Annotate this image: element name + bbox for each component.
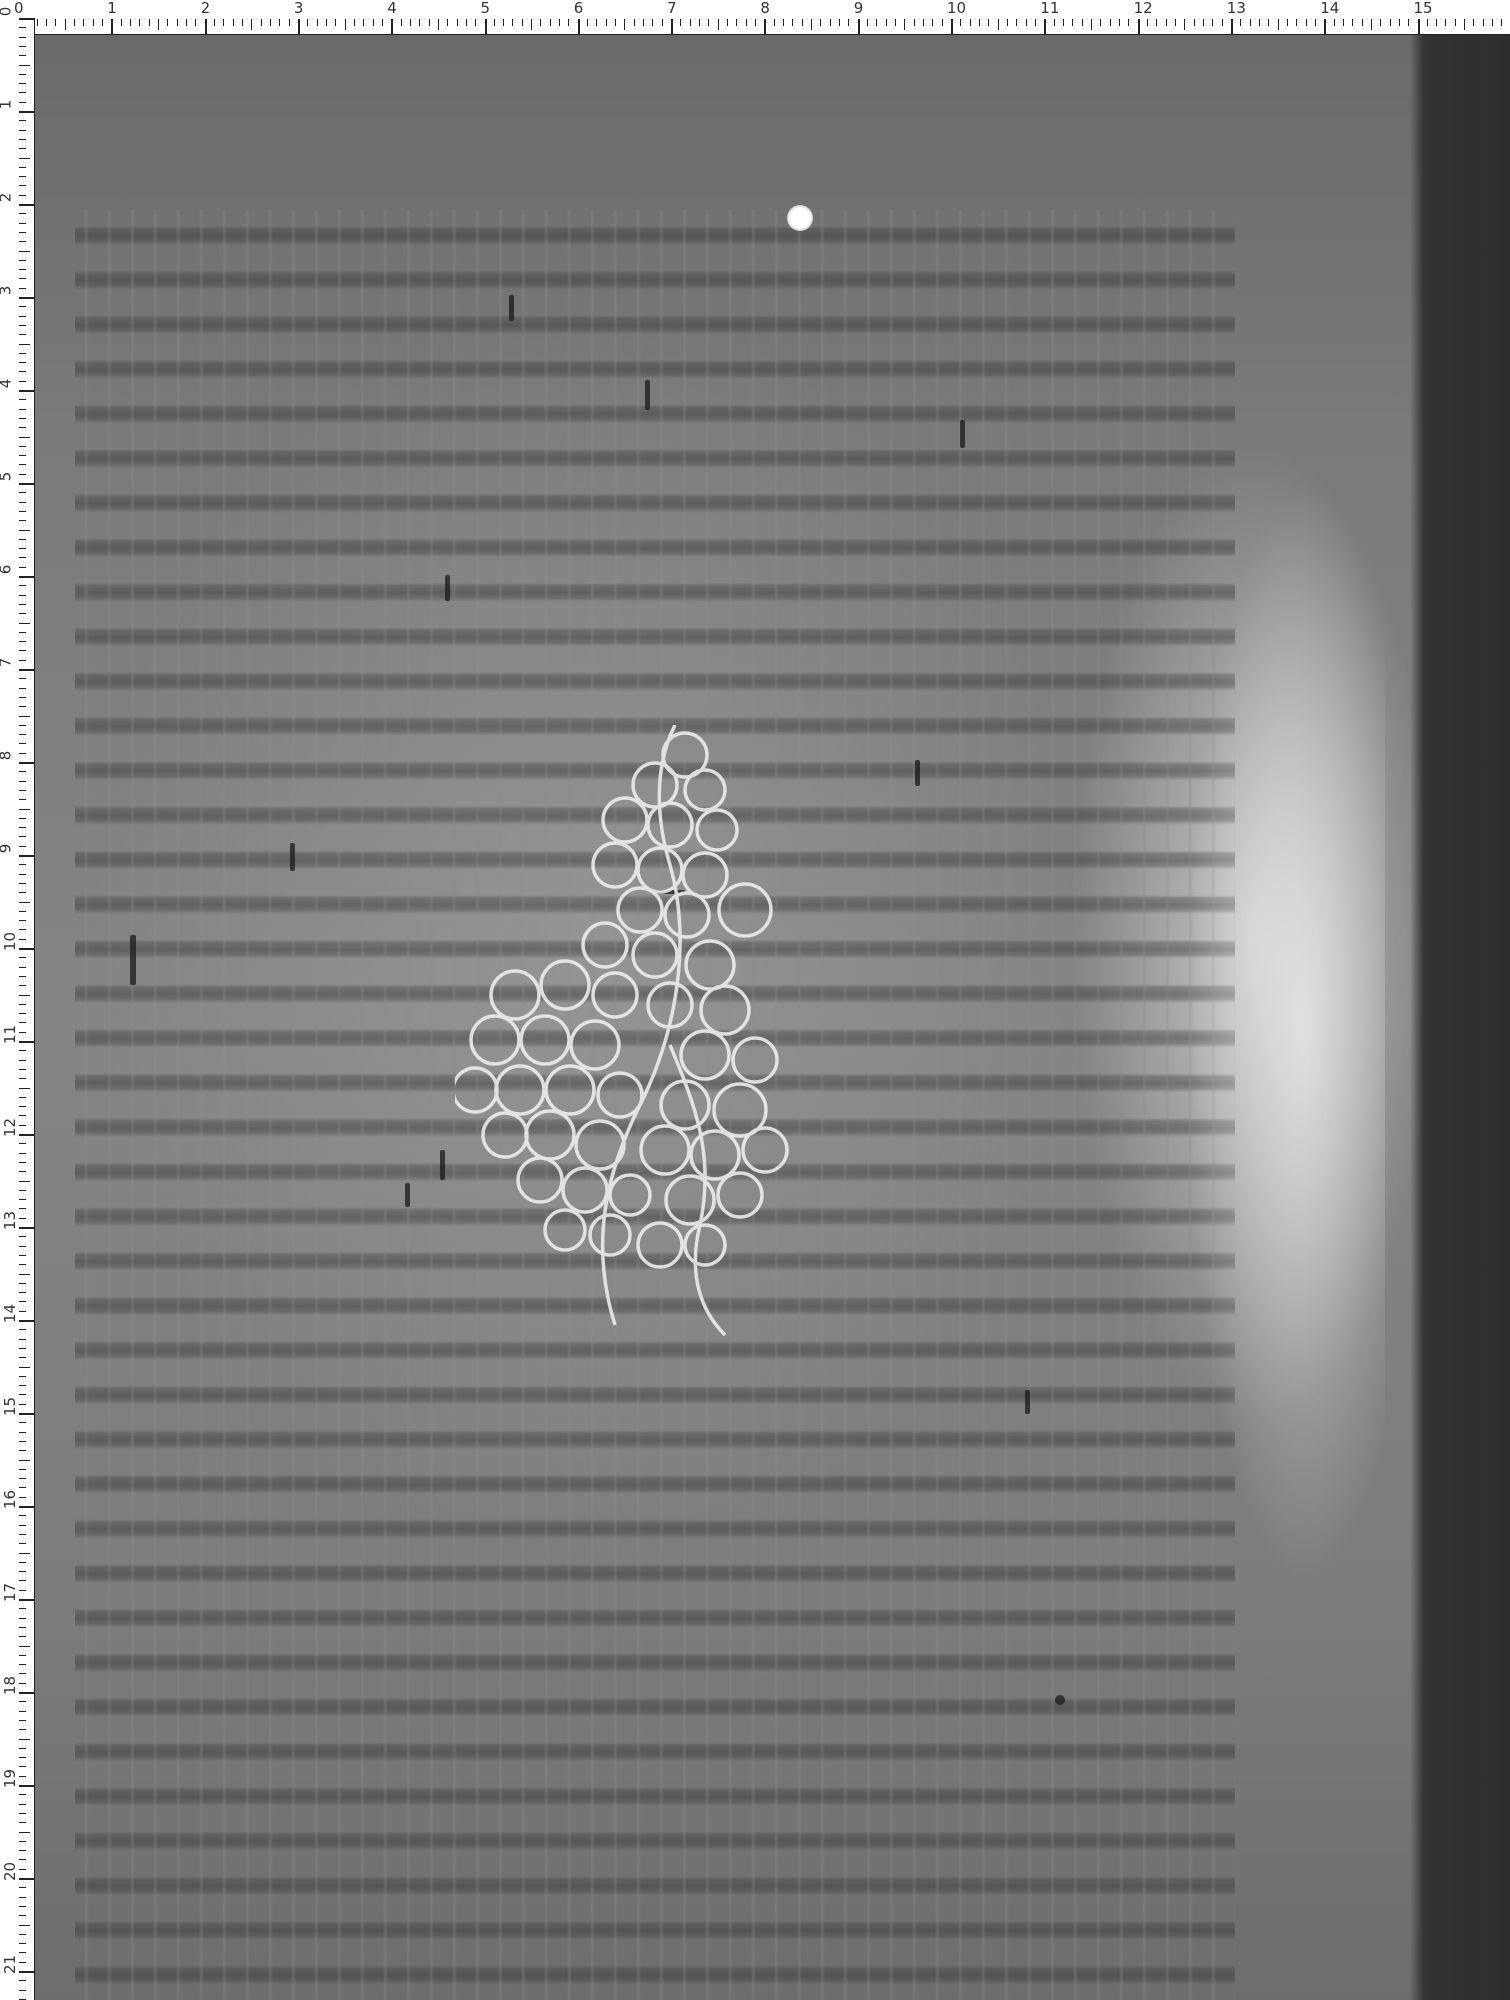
ruler-tick bbox=[755, 19, 756, 26]
ruler-tick bbox=[19, 1153, 26, 1154]
ruler-tick bbox=[401, 19, 402, 26]
ruler-tick bbox=[718, 19, 719, 30]
ruler-tick bbox=[578, 19, 580, 34]
ruler-tick bbox=[410, 19, 411, 26]
ruler-tick bbox=[923, 19, 924, 26]
ruler-tick bbox=[19, 1274, 30, 1275]
ruler-tick bbox=[876, 19, 877, 26]
ruler-tick bbox=[335, 19, 336, 26]
ruler-tick bbox=[19, 734, 26, 735]
ruler-tick bbox=[19, 1041, 34, 1043]
ink-stroke bbox=[1025, 1390, 1030, 1414]
ruler-tick bbox=[242, 19, 243, 26]
ruler-tick bbox=[764, 19, 766, 34]
ruler-tick bbox=[307, 19, 308, 26]
ruler-tick bbox=[19, 1032, 26, 1033]
ruler-label: 5 bbox=[481, 1, 491, 16]
ruler-tick bbox=[895, 19, 896, 26]
ruler-tick bbox=[19, 158, 30, 159]
ruler-tick bbox=[19, 613, 26, 614]
ruler-tick bbox=[531, 19, 532, 30]
ruler-tick bbox=[19, 464, 26, 465]
ruler-tick bbox=[1100, 19, 1101, 26]
ruler-tick bbox=[634, 19, 635, 26]
ruler-tick bbox=[19, 604, 26, 605]
ruler-tick bbox=[19, 781, 26, 782]
ruler-tick bbox=[19, 1339, 26, 1340]
ruler-tick bbox=[19, 864, 26, 865]
ruler-tick bbox=[858, 19, 860, 34]
ruler-label: 14 bbox=[1320, 1, 1339, 16]
ruler-tick bbox=[19, 213, 26, 214]
ruler-tick bbox=[214, 19, 215, 26]
ruler-tick bbox=[19, 1329, 26, 1330]
ruler-tick bbox=[19, 362, 26, 363]
ruler-tick bbox=[19, 929, 26, 930]
ruler-tick bbox=[1380, 19, 1381, 26]
ruler-tick bbox=[746, 19, 747, 26]
ruler-tick bbox=[19, 455, 26, 456]
manuscript-scan-image bbox=[35, 35, 1510, 2000]
ruler-tick bbox=[19, 390, 34, 392]
ruler-tick bbox=[1026, 19, 1027, 26]
ruler-tick bbox=[1072, 19, 1073, 26]
ruler-tick bbox=[19, 1088, 30, 1089]
ruler-tick bbox=[19, 344, 30, 345]
ruler-tick bbox=[19, 1162, 26, 1163]
ruler-tick bbox=[19, 176, 26, 177]
ruler-tick bbox=[19, 1125, 26, 1126]
ruler-tick bbox=[19, 985, 26, 986]
ruler-tick bbox=[19, 1618, 26, 1619]
ruler-label: 17 bbox=[3, 1583, 18, 1602]
ruler-tick bbox=[149, 19, 150, 26]
ruler-tick bbox=[19, 1311, 26, 1312]
ruler-tick bbox=[19, 1701, 26, 1702]
ruler-label: 10 bbox=[947, 1, 966, 16]
ruler-tick bbox=[1203, 19, 1204, 26]
ruler-tick bbox=[830, 19, 831, 26]
ruler-tick bbox=[19, 1236, 26, 1237]
ruler-tick bbox=[19, 1050, 26, 1051]
ruler-tick bbox=[391, 19, 393, 34]
ruler-tick bbox=[624, 19, 625, 30]
ruler-tick bbox=[19, 1627, 26, 1628]
ruler-tick bbox=[121, 19, 122, 26]
ruler-tick bbox=[19, 1711, 26, 1712]
ruler-tick bbox=[19, 948, 34, 950]
ruler-tick bbox=[970, 19, 971, 26]
ruler-tick bbox=[727, 19, 728, 26]
ruler-label: 3 bbox=[294, 1, 304, 16]
ruler-label: 5 bbox=[0, 472, 13, 482]
ruler-label: 1 bbox=[0, 100, 13, 110]
ruler-tick bbox=[1035, 19, 1036, 26]
ruler-tick bbox=[326, 19, 327, 26]
ruler-tick bbox=[568, 19, 569, 26]
ruler-tick bbox=[19, 1394, 26, 1395]
ruler-tick bbox=[19, 1599, 34, 1601]
ruler-tick bbox=[19, 1171, 26, 1172]
ruler-tick bbox=[233, 19, 234, 26]
ruler-tick bbox=[382, 19, 383, 26]
ruler-tick bbox=[643, 19, 644, 26]
ruler-tick bbox=[904, 19, 905, 30]
ruler-tick bbox=[19, 1720, 26, 1721]
ruler-label: 20 bbox=[3, 1862, 18, 1881]
ruler-tick bbox=[19, 251, 30, 252]
ruler-tick bbox=[19, 1878, 34, 1880]
ruler-tick bbox=[19, 1004, 26, 1005]
ruler-tick bbox=[19, 1469, 26, 1470]
ruler-label: 0 bbox=[14, 1, 24, 16]
ruler-tick bbox=[774, 19, 775, 26]
ruler-tick bbox=[19, 1115, 26, 1116]
ruler-tick bbox=[19, 1515, 26, 1516]
ruler-tick bbox=[19, 195, 26, 196]
ruler-tick bbox=[802, 19, 803, 26]
ruler-tick bbox=[19, 1897, 26, 1898]
ruler-label: 13 bbox=[3, 1211, 18, 1230]
ruler-tick bbox=[1408, 19, 1409, 26]
ruler-tick bbox=[19, 1636, 26, 1637]
ruler-tick bbox=[1492, 19, 1493, 26]
ruler-tick bbox=[503, 19, 504, 26]
ruler-tick bbox=[811, 19, 812, 30]
ruler-tick bbox=[19, 1562, 26, 1563]
ink-stroke bbox=[290, 843, 295, 871]
ruler-tick bbox=[1473, 19, 1474, 26]
ruler-tick bbox=[19, 827, 26, 828]
ink-stroke bbox=[645, 380, 650, 410]
ruler-label: 21 bbox=[3, 1955, 18, 1974]
ruler-tick bbox=[19, 1367, 30, 1368]
ruler-tick bbox=[19, 1952, 26, 1953]
ruler-tick bbox=[457, 19, 458, 26]
ruler-label: 6 bbox=[0, 565, 13, 575]
ruler-tick bbox=[19, 771, 26, 772]
grape-cluster-watermark bbox=[455, 725, 835, 1345]
ruler-tick bbox=[1063, 19, 1064, 26]
ruler-tick bbox=[19, 716, 30, 717]
ruler-tick bbox=[19, 1441, 26, 1442]
ruler-tick bbox=[205, 19, 207, 34]
ruler-tick bbox=[19, 1525, 26, 1526]
backlight-glare bbox=[1185, 485, 1385, 1585]
ink-stroke bbox=[509, 295, 514, 321]
ruler-label: 13 bbox=[1227, 1, 1246, 16]
ruler-tick bbox=[19, 1348, 26, 1349]
ruler-tick bbox=[1464, 19, 1465, 30]
ruler-tick bbox=[19, 1729, 26, 1730]
ruler-tick bbox=[1044, 19, 1046, 34]
ruler-tick bbox=[19, 1841, 26, 1842]
ruler-tick bbox=[19, 334, 26, 335]
ruler-tick bbox=[19, 1246, 26, 1247]
ruler-tick bbox=[1268, 19, 1269, 26]
ink-stroke bbox=[405, 1183, 410, 1207]
ruler-tick bbox=[19, 120, 26, 121]
ink-stroke bbox=[915, 760, 920, 786]
ruler-tick bbox=[19, 976, 26, 977]
ruler-label: 15 bbox=[3, 1397, 18, 1416]
ruler-tick bbox=[1427, 19, 1428, 26]
ruler-label: 8 bbox=[0, 751, 13, 761]
ruler-tick bbox=[19, 204, 34, 206]
ruler-tick bbox=[19, 1283, 26, 1284]
ruler-tick bbox=[867, 19, 868, 26]
ruler-tick bbox=[1147, 19, 1148, 26]
ruler-label: 9 bbox=[0, 844, 13, 854]
ruler-tick bbox=[19, 511, 26, 512]
ruler-tick bbox=[19, 437, 30, 438]
ruler-label: 8 bbox=[760, 1, 770, 16]
ruler-tick bbox=[19, 855, 34, 857]
ruler-tick bbox=[19, 185, 26, 186]
ruler-tick bbox=[270, 19, 271, 26]
ruler-tick bbox=[19, 762, 34, 764]
ruler-label: 9 bbox=[854, 1, 864, 16]
ruler-tick bbox=[19, 167, 26, 168]
ruler-tick bbox=[19, 1422, 26, 1423]
ruler-tick bbox=[19, 1190, 26, 1191]
ruler-tick bbox=[195, 19, 196, 26]
ruler-tick bbox=[19, 1804, 26, 1805]
ruler-tick bbox=[19, 892, 26, 893]
ruler-tick bbox=[19, 148, 26, 149]
ruler-tick bbox=[19, 1915, 26, 1916]
ruler-tick bbox=[19, 688, 26, 689]
ruler-tick bbox=[19, 316, 26, 317]
ruler-tick bbox=[298, 19, 300, 34]
ruler-tick bbox=[19, 278, 26, 279]
ink-stroke bbox=[440, 1150, 445, 1180]
ink-stroke bbox=[130, 935, 136, 985]
ruler-tick bbox=[19, 1413, 34, 1415]
ruler-tick bbox=[1418, 19, 1420, 34]
ruler-tick bbox=[19, 1962, 26, 1963]
ruler-tick bbox=[19, 502, 26, 503]
ruler-tick bbox=[19, 1785, 34, 1787]
ruler-tick bbox=[680, 19, 681, 26]
ruler-tick bbox=[19, 1218, 26, 1219]
ruler-tick bbox=[19, 37, 26, 38]
ruler-tick bbox=[19, 1022, 26, 1023]
ruler-tick bbox=[19, 902, 30, 903]
ruler-tick bbox=[792, 19, 793, 26]
ruler-tick bbox=[466, 19, 467, 26]
ruler-tick bbox=[19, 957, 26, 958]
ruler-tick bbox=[1455, 19, 1456, 26]
ruler-tick bbox=[19, 1060, 26, 1061]
ruler-tick bbox=[279, 19, 280, 26]
ruler-tick bbox=[19, 1646, 30, 1647]
ruler-tick bbox=[19, 753, 26, 754]
ruler-tick bbox=[19, 492, 26, 493]
ruler-tick bbox=[19, 1487, 26, 1488]
ruler-tick bbox=[19, 576, 34, 578]
ink-stroke bbox=[445, 575, 450, 601]
ruler-tick bbox=[914, 19, 915, 26]
ruler-label: 14 bbox=[3, 1304, 18, 1323]
ruler-tick bbox=[19, 325, 26, 326]
ruler-tick bbox=[447, 19, 448, 26]
ruler-tick bbox=[1343, 19, 1344, 26]
ruler-tick bbox=[1007, 19, 1008, 26]
ruler-tick bbox=[19, 1943, 26, 1944]
ruler-tick bbox=[494, 19, 495, 26]
ruler-tick bbox=[19, 1673, 26, 1674]
ruler-tick bbox=[19, 567, 26, 568]
ruler-tick bbox=[19, 669, 34, 671]
ruler-tick bbox=[998, 19, 999, 30]
bright-spot bbox=[787, 205, 813, 231]
ruler-tick bbox=[886, 19, 887, 26]
ruler-tick bbox=[19, 288, 26, 289]
ruler-tick bbox=[1315, 19, 1316, 26]
ruler-tick bbox=[19, 371, 26, 372]
ruler-tick bbox=[19, 911, 26, 912]
ruler-tick bbox=[19, 409, 26, 410]
ruler-tick bbox=[19, 1301, 26, 1302]
ruler-tick bbox=[19, 1692, 34, 1694]
ruler-tick bbox=[19, 1887, 26, 1888]
ruler-tick bbox=[1390, 19, 1391, 26]
ruler-tick bbox=[19, 65, 30, 66]
ruler-tick bbox=[223, 19, 224, 26]
ruler-tick bbox=[19, 130, 26, 131]
ruler-tick bbox=[19, 1264, 26, 1265]
ruler-label: 11 bbox=[1040, 1, 1059, 16]
ruler-tick bbox=[19, 74, 26, 75]
ruler-tick bbox=[19, 1859, 26, 1860]
ruler-tick bbox=[93, 19, 94, 26]
ruler-label: 7 bbox=[0, 658, 13, 668]
ruler-tick bbox=[988, 19, 989, 26]
ruler-tick bbox=[177, 19, 178, 26]
ruler-label: 3 bbox=[0, 286, 13, 296]
ruler-tick bbox=[1371, 19, 1372, 30]
ruler-tick bbox=[19, 1460, 30, 1461]
ruler-tick bbox=[1166, 19, 1167, 26]
ruler-tick bbox=[690, 19, 691, 26]
ruler-tick bbox=[19, 632, 26, 633]
ruler-tick bbox=[1399, 19, 1400, 26]
ruler-tick bbox=[932, 19, 933, 26]
ruler-tick bbox=[429, 19, 430, 26]
ruler-tick bbox=[19, 1757, 26, 1758]
ruler-label: 6 bbox=[574, 1, 584, 16]
ruler-tick bbox=[1184, 19, 1185, 30]
ruler-tick bbox=[19, 1376, 26, 1377]
ruler-label: 1 bbox=[107, 1, 117, 16]
ruler-label: 2 bbox=[0, 193, 13, 203]
ruler-tick bbox=[317, 19, 318, 26]
ruler-tick bbox=[19, 269, 26, 270]
ruler-tick bbox=[19, 1850, 26, 1851]
ruler-tick bbox=[19, 1543, 26, 1544]
ruler-tick bbox=[19, 1199, 26, 1200]
ruler-tick bbox=[1091, 19, 1092, 30]
ruler-tick bbox=[1287, 19, 1288, 26]
ruler-tick bbox=[65, 19, 66, 30]
ruler-tick bbox=[1222, 19, 1223, 26]
ruler-label: 15 bbox=[1414, 1, 1433, 16]
ruler-tick bbox=[19, 623, 30, 624]
ruler-tick bbox=[19, 1357, 26, 1358]
ruler-tick bbox=[1082, 19, 1083, 26]
ruler-tick bbox=[19, 1013, 26, 1014]
ruler-tick bbox=[1306, 19, 1307, 26]
ruler-label: 12 bbox=[3, 1118, 18, 1137]
ruler-tick bbox=[19, 846, 26, 847]
ruler-tick bbox=[19, 939, 26, 940]
ink-stroke bbox=[1055, 1695, 1065, 1705]
ruler-tick bbox=[19, 818, 26, 819]
ruler-tick bbox=[19, 232, 26, 233]
ruler-tick bbox=[19, 27, 26, 28]
ruler-tick bbox=[19, 520, 26, 521]
ruler-tick bbox=[19, 1553, 30, 1554]
ruler-tick bbox=[19, 743, 26, 744]
ruler-tick bbox=[1334, 19, 1335, 26]
ruler-tick bbox=[19, 1506, 34, 1508]
ruler-tick bbox=[19, 1571, 26, 1572]
ruler-tick bbox=[1278, 19, 1279, 30]
ruler-tick bbox=[354, 19, 355, 26]
ruler-tick bbox=[19, 1608, 26, 1609]
ruler-tick bbox=[289, 19, 290, 26]
ruler-tick bbox=[373, 19, 374, 26]
ruler-tick bbox=[19, 1813, 26, 1814]
ruler-tick bbox=[839, 19, 840, 26]
ruler-tick bbox=[37, 19, 38, 26]
ruler-tick bbox=[19, 1664, 26, 1665]
ruler-tick bbox=[19, 1906, 26, 1907]
ruler-tick bbox=[19, 1385, 26, 1386]
ruler-tick bbox=[1445, 19, 1446, 26]
ruler-tick bbox=[83, 19, 84, 26]
ruler-tick bbox=[251, 19, 252, 30]
ruler-tick bbox=[19, 1292, 26, 1293]
ruler-tick bbox=[19, 483, 34, 485]
ruler-tick bbox=[783, 19, 784, 26]
ruler-tick bbox=[960, 19, 961, 26]
ruler-tick bbox=[1436, 19, 1437, 26]
ruler-tick bbox=[345, 19, 346, 30]
ruler-tick bbox=[19, 46, 26, 47]
ruler-tick bbox=[19, 660, 26, 661]
ruler-tick bbox=[19, 139, 26, 140]
ruler-tick bbox=[1212, 19, 1213, 26]
ruler-tick bbox=[1110, 19, 1111, 26]
ruler-tick bbox=[19, 223, 26, 224]
ruler-tick bbox=[1016, 19, 1017, 26]
ruler-tick bbox=[736, 19, 737, 26]
ruler-tick bbox=[19, 1748, 26, 1749]
ruler-tick bbox=[19, 55, 26, 56]
ruler-tick bbox=[606, 19, 607, 26]
ruler-tick bbox=[19, 836, 26, 837]
ruler-tick bbox=[19, 585, 26, 586]
ruler-tick bbox=[19, 790, 26, 791]
ruler-tick bbox=[186, 19, 187, 26]
ruler-tick bbox=[1138, 19, 1140, 34]
ruler-tick bbox=[1259, 19, 1260, 26]
ruler-tick bbox=[19, 548, 26, 549]
ruler-tick bbox=[19, 1320, 34, 1322]
ink-stroke bbox=[960, 420, 965, 448]
